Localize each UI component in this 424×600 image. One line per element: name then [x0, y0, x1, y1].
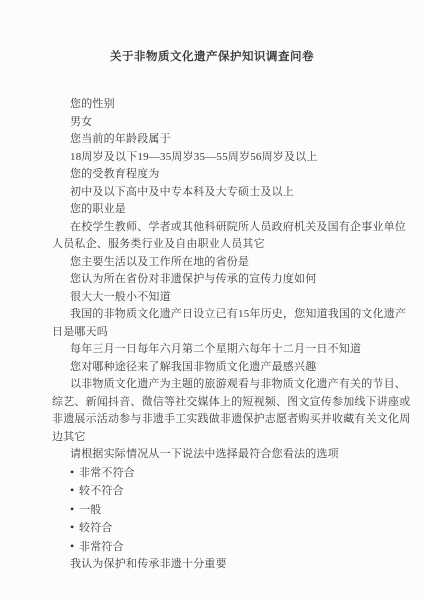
document-line: 您的性别: [52, 96, 384, 114]
document-line: 边其它: [52, 429, 384, 447]
bullet-list-item: •非常符合: [52, 538, 384, 557]
document-line: 您对哪种途径来了解我国非物质文化遗产最感兴趣: [52, 359, 384, 377]
bullet-item-label: 非常符合: [79, 541, 124, 553]
document-line: 很大大一般小不知道: [52, 289, 384, 307]
document-line: 非遗展示活动参与非遗手工实践做非遗保护志愿者购买并收藏有关文化周: [52, 411, 384, 429]
bullet-item-label: 较不符合: [79, 485, 124, 497]
document-line: 我认为保护和传承非遗十分重要: [52, 556, 384, 574]
bullet-icon: •: [70, 519, 79, 537]
document-line: 日是哪天吗: [52, 324, 384, 342]
bullet-item-label: 较符合: [79, 522, 113, 534]
page-title: 关于非物质文化遗产保护知识调查问卷: [0, 48, 424, 66]
document-line: 我国的非物质文化遗产日设立已有15年历史，您知道我国的文化遗产: [52, 306, 384, 324]
document-line: 每年三月一日每年六月第二个星期六每年十二月一日不知道: [52, 341, 384, 359]
document-line: 您的职业是: [52, 201, 384, 219]
bullet-icon: •: [70, 538, 79, 556]
bullet-list-item: •较符合: [52, 519, 384, 538]
bullet-item-label: 非常不符合: [79, 467, 135, 479]
document-line: 您认为所在省份对非遗保护与传承的宣传力度如何: [52, 271, 384, 289]
bullet-list-item: •非常不符合: [52, 464, 384, 483]
document-line: 在校学生教师、学者或其他科研院所人员政府机关及国有企事业单位: [52, 219, 384, 237]
bullet-icon: •: [70, 501, 79, 519]
document-body: 您的性别男女您当前的年龄段属于18周岁及以下19—35周岁35—55周岁56周岁…: [0, 96, 424, 574]
document-line: 您当前的年龄段属于: [52, 131, 384, 149]
document-line: 以非物质文化遗产为主题的旅游观看与非物质文化遗产有关的节目、: [52, 376, 384, 394]
questionnaire-page: 关于非物质文化遗产保护知识调查问卷 您的性别男女您当前的年龄段属于18周岁及以下…: [0, 0, 424, 600]
bullet-list-item: •较不符合: [52, 482, 384, 501]
bullet-list-item: •一般: [52, 501, 384, 520]
document-line: 综艺、新闻抖音、微信等社交媒体上的短视频、图文宣传参加线下讲座或: [52, 394, 384, 412]
document-line: 初中及以下高中及中专本科及大专硕士及以上: [52, 184, 384, 202]
document-line: 您主要生活以及工作所在地的省份是: [52, 254, 384, 272]
document-line: 请根据实际情况从一下说法中选择最符合您看法的选项: [52, 446, 384, 464]
bullet-icon: •: [70, 464, 79, 482]
bullet-item-label: 一般: [79, 504, 101, 516]
document-line: 18周岁及以下19—35周岁35—55周岁56周岁及以上: [52, 149, 384, 167]
document-line: 您的受教育程度为: [52, 166, 384, 184]
document-line: 男女: [52, 114, 384, 132]
bullet-icon: •: [70, 482, 79, 500]
document-line: 人员私企、服务类行业及自由职业人员其它: [52, 236, 384, 254]
